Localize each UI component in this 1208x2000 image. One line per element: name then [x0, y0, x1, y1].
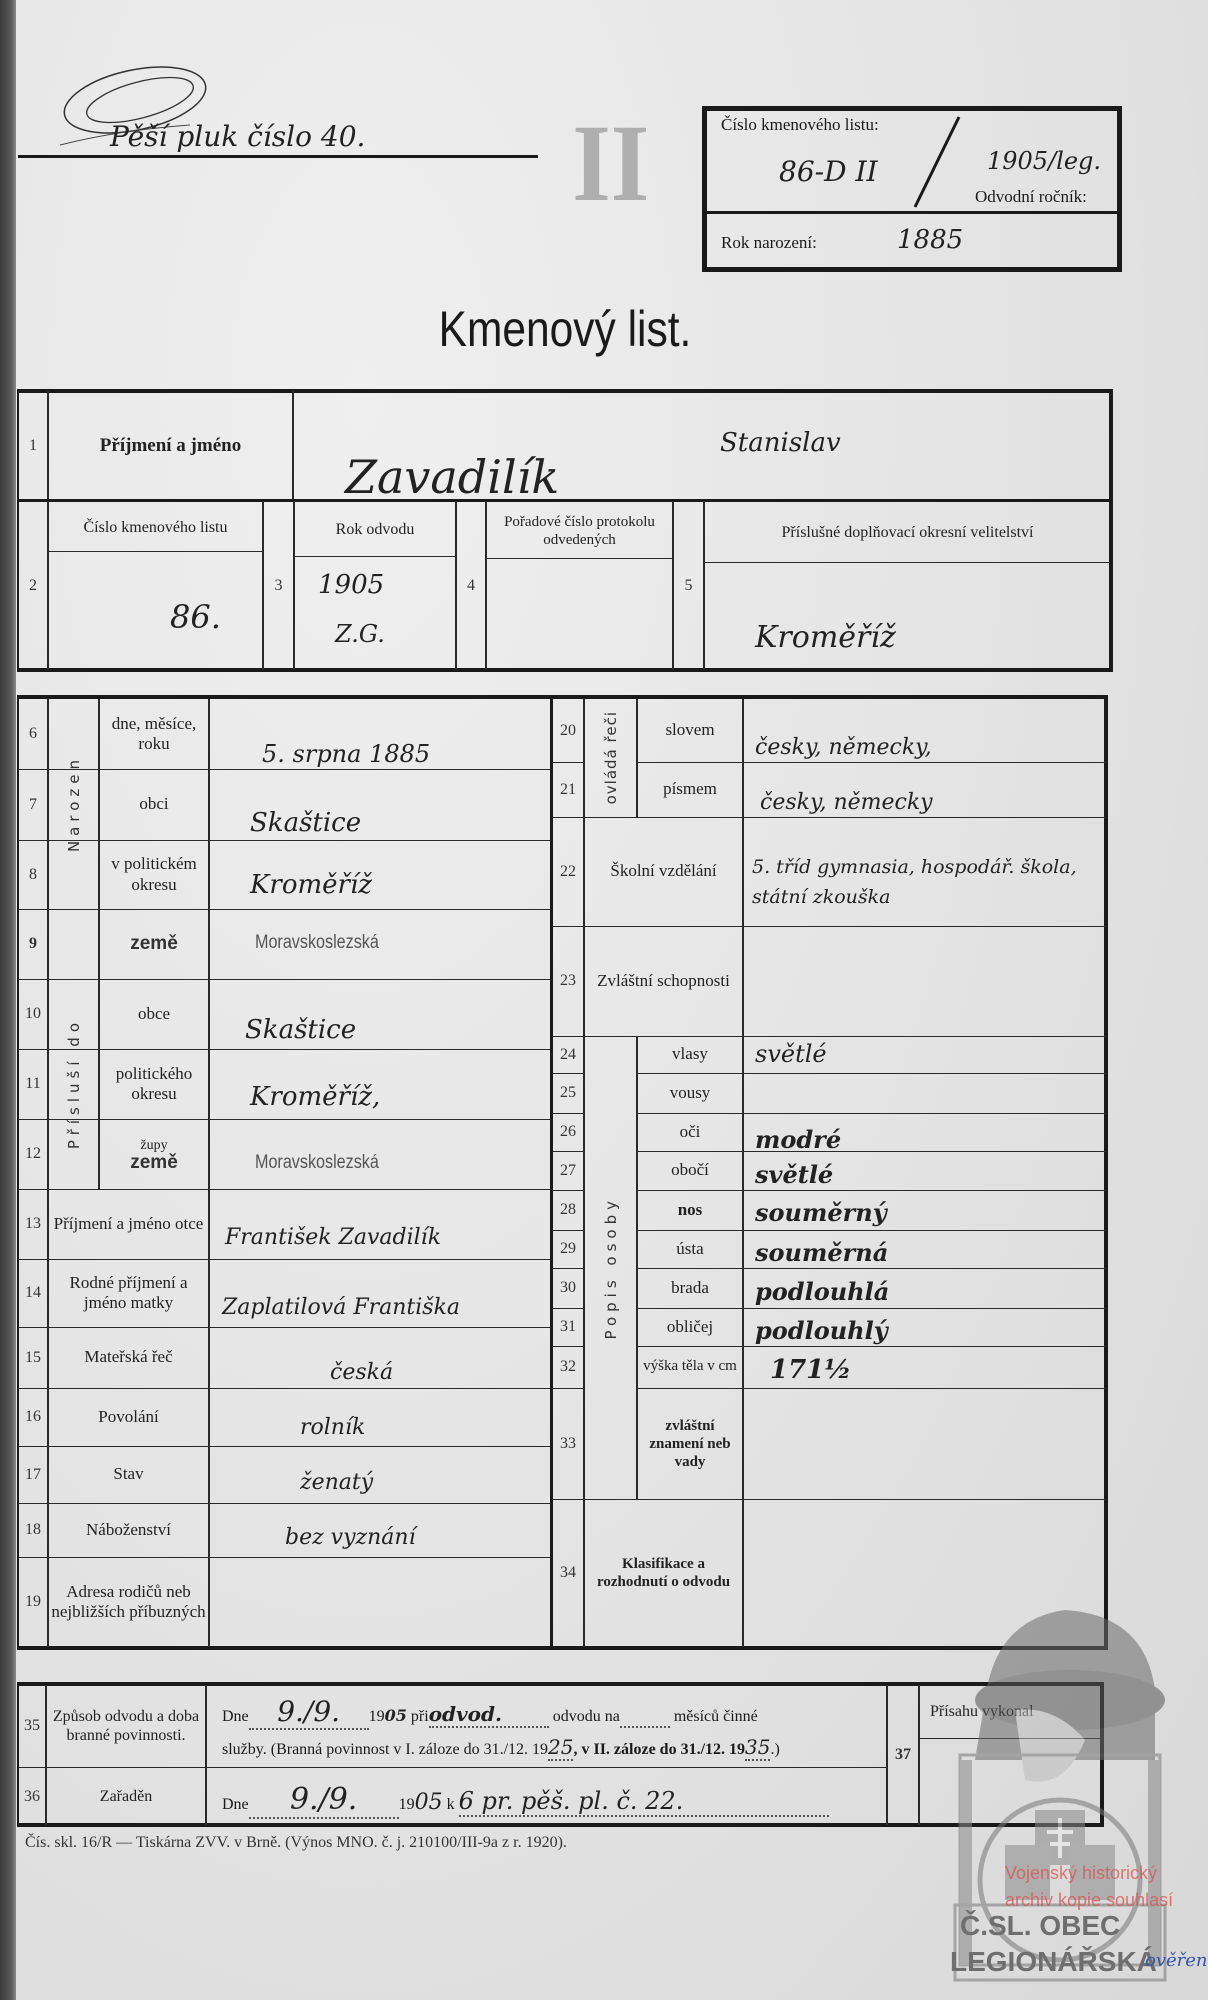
field-num-2: 2 [19, 501, 47, 670]
col-line [292, 391, 294, 501]
row-label-7: obci [100, 769, 208, 840]
row-label-31: obličej [638, 1308, 742, 1346]
row-value-14: Zaplatilová Františka [222, 1295, 460, 1320]
row-value-27: světlé [755, 1160, 833, 1189]
group-description: Popis osoby [585, 1036, 636, 1499]
row-36-line: Dne9./9.1905 k 6 pr. pěš. pl. č. 22. [222, 1782, 829, 1819]
col-line [205, 1685, 207, 1825]
surname-value: Zavadilík [345, 450, 559, 504]
row-label-34: Klasifikace a rozhodnutí o odvodu [585, 1499, 742, 1647]
row-line [19, 979, 550, 980]
row-label-30: brada [638, 1268, 742, 1308]
row-line [19, 499, 1111, 502]
row-num-13: 13 [19, 1189, 47, 1259]
field-value-5: Kroměříž [755, 620, 896, 655]
print-footer: Čís. skl. 16/R — Tiskárna ZVV. v Brně. (… [25, 1834, 567, 1852]
row-label-26: oči [638, 1113, 742, 1151]
k-label: k [447, 1796, 455, 1813]
archive-stamp: Vojenský historický archiv kopie souhlas… [1005, 1860, 1205, 1914]
group-description-label: Popis osoby [602, 1196, 620, 1340]
group-belongs-label: Přísluší do [65, 1018, 83, 1149]
row-label-8: v politickém okresu [100, 840, 208, 909]
row-num-28: 28 [553, 1190, 583, 1230]
row-label-13: Příjmení a jméno otce [49, 1189, 208, 1259]
row-label-17: Stav [49, 1446, 208, 1503]
row-num-19: 19 [19, 1557, 47, 1647]
row-label-35: Způsob odvodu a doba branné povinnosti. [47, 1685, 205, 1767]
stem-list-value: 86-D II [779, 155, 878, 188]
row-35-line2: služby. (Branná povinnost v I. záloze do… [222, 1735, 780, 1761]
row-value-30: podlouhlá [755, 1277, 889, 1306]
row-line [19, 769, 550, 770]
odvodu-na-label: odvodu na [553, 1708, 620, 1725]
row-label-14: Rodné příjmení a jméno matky [49, 1259, 208, 1327]
row-label-29: ústa [638, 1230, 742, 1268]
row-label-32: výška těla v cm [638, 1346, 742, 1388]
mesicu-label: měsíců činné [674, 1708, 758, 1725]
row-value-18: bez vyznání [285, 1525, 416, 1550]
row-num-12: 12 [19, 1119, 47, 1189]
label-name: Příjmení a jméno [49, 393, 292, 499]
assign-year-suffix: 05 [415, 1790, 443, 1815]
row-num-27: 27 [553, 1151, 583, 1190]
field-num-4: 4 [457, 501, 485, 670]
field-value-3b: Z.G. [335, 620, 385, 648]
row-value-22: 5. tříd gymnasia, hospodář. škola, státn… [752, 852, 1102, 913]
col-line [208, 699, 210, 1647]
roman-numeral-stamp: II [572, 100, 649, 227]
row-label-19: Adresa rodičů neb nejbližších příbuzných [49, 1557, 208, 1647]
row-num-17: 17 [19, 1446, 47, 1503]
field-value-2: 86. [170, 598, 221, 636]
row-label-25: vousy [638, 1073, 742, 1113]
group-belongs: Přísluší do [49, 979, 98, 1189]
row-line [19, 1049, 550, 1050]
field-value-3: 1905 [318, 570, 384, 600]
row-num-25: 25 [553, 1073, 583, 1113]
group-language-label: ovládá řeči [602, 711, 620, 804]
row-num-16: 16 [19, 1388, 47, 1446]
row-value-13: František Zavadilík [225, 1225, 441, 1250]
row-label-18: Náboženství [49, 1503, 208, 1557]
row-label-27: obočí [638, 1151, 742, 1190]
row-label-28: nos [638, 1190, 742, 1230]
row-line [295, 556, 455, 557]
row-num-34: 34 [553, 1499, 583, 1647]
group-born-label: Narozen [65, 755, 83, 852]
reserve2-text: , v II. záloze do 31./12. 19 [573, 1741, 745, 1758]
year-prefix: 19 [369, 1708, 385, 1725]
row-label-10: obce [100, 979, 208, 1049]
row-line [49, 551, 262, 552]
year-prefix: 19 [399, 1796, 415, 1813]
row-num-26: 26 [553, 1113, 583, 1151]
given-name-value: Stanislav [720, 428, 841, 458]
row-label-20: slovem [638, 699, 742, 762]
row-line [487, 558, 672, 559]
row-value-20: česky, německy, [755, 735, 932, 760]
field-label-2: Číslo kmenového listu [49, 505, 262, 551]
row-value-24: světlé [755, 1040, 827, 1068]
row-value-16: rolník [300, 1415, 365, 1440]
page-title: Kmenový list. [85, 300, 1046, 358]
row-label-11: politického okresu [100, 1049, 208, 1119]
row-num-7: 7 [19, 769, 47, 840]
row-line [19, 1119, 550, 1120]
birth-year-value: 1885 [897, 225, 963, 255]
reserve1-text: služby. (Branná povinnost v I. záloze do… [222, 1741, 548, 1758]
id-box-divider [707, 211, 1117, 214]
row-num-6: 6 [19, 699, 47, 769]
row-value-15: česká [330, 1360, 393, 1385]
row-label-12: země [100, 1152, 208, 1175]
row-num-9: 9 [19, 909, 47, 979]
row-label-36: Zařaděn [47, 1768, 205, 1825]
row-label-24: vlasy [638, 1036, 742, 1073]
row-line [19, 909, 550, 910]
row-num-23: 23 [553, 926, 583, 1036]
row-value-12-stamp: Moravskoslezská [255, 1152, 379, 1174]
row-value-28: souměrný [755, 1198, 887, 1227]
reserve2-year-value: 35 [745, 1735, 770, 1761]
row-label-21: písmem [638, 762, 742, 817]
scan-edge [0, 0, 16, 2000]
row-value-9-stamp: Moravskoslezská [255, 932, 379, 954]
row-num-32: 32 [553, 1346, 583, 1388]
row-num-35: 35 [19, 1685, 45, 1767]
row-num-21: 21 [553, 762, 583, 817]
field-label-3: Rok odvodu [295, 505, 455, 555]
row-num-33: 33 [553, 1388, 583, 1499]
dne-label: Dne [222, 1796, 249, 1813]
row-value-7: Skaštice [250, 808, 361, 838]
row-value-17: ženatý [300, 1470, 373, 1495]
row-line [19, 840, 550, 841]
row-label-15: Mateřská řeč [49, 1327, 208, 1388]
row-value-10: Skaštice [245, 1015, 356, 1045]
reserve1-year-value: 25 [548, 1735, 573, 1761]
row-num-37: 37 [888, 1685, 918, 1825]
field-num-3: 3 [264, 501, 293, 670]
draft-year-suffix: 05 [385, 1706, 407, 1725]
draft-date-value: 9./9. [249, 1695, 369, 1730]
assigned-unit-value: 6 pr. pěš. pl. č. 22. [459, 1787, 829, 1817]
row-label-23: Zvláštní schopnosti [585, 926, 742, 1036]
assign-date-value: 9./9. [249, 1782, 399, 1819]
field-num-5: 5 [674, 501, 703, 670]
pri-label: při [411, 1708, 429, 1725]
row-num-30: 30 [553, 1268, 583, 1308]
field-label-4: Pořadové číslo protokolu odvedených [487, 505, 672, 557]
emblem-line2: LEGIONÁŘSKÁ [950, 1946, 1157, 1978]
row-num-8: 8 [19, 840, 47, 909]
row-value-26: modré [755, 1125, 841, 1154]
draft-type-value: odvod. [429, 1702, 549, 1728]
blue-note: ověřeno [1145, 1950, 1208, 1971]
stem-list-label: Číslo kmenového listu: [721, 115, 879, 135]
row-num-24: 24 [553, 1036, 583, 1073]
row-num-36: 36 [19, 1768, 45, 1825]
row-value-11: Kroměříž, [250, 1082, 380, 1112]
row-35-line1: Dne9./9.1905 přiodvod. odvodu na měsíců … [222, 1695, 758, 1730]
row-value-6: 5. srpna 1885 [262, 740, 430, 768]
group-language: ovládá řeči [585, 699, 636, 817]
row-num-1: 1 [19, 393, 47, 499]
row-value-32: 171½ [770, 1355, 851, 1385]
row-label-33: zvláštní znamení neb vady [638, 1388, 742, 1499]
row-num-15: 15 [19, 1327, 47, 1388]
header-underline [18, 155, 538, 158]
draft-year-value: 1905/leg. [987, 147, 1101, 175]
row-label-6: dne, měsíce, roku [100, 699, 208, 769]
row-num-18: 18 [19, 1503, 47, 1557]
emblem-line1: Č.SL. OBEC [960, 1910, 1120, 1942]
row-num-29: 29 [553, 1230, 583, 1268]
row-num-11: 11 [19, 1049, 47, 1119]
col-line [742, 699, 744, 1647]
group-born: Narozen [49, 699, 98, 909]
reserve-close: .) [770, 1741, 779, 1758]
row-value-8: Kroměříž [250, 870, 372, 900]
row-num-14: 14 [19, 1259, 47, 1327]
row-num-10: 10 [19, 979, 47, 1049]
id-box: Číslo kmenového listu: 86-D II 1905/leg.… [702, 106, 1122, 272]
regiment-note: Pěší pluk číslo 40. [110, 120, 365, 153]
row-label-9: země [100, 909, 208, 979]
row-label-16: Povolání [49, 1388, 208, 1446]
row-value-21: česky, německy [760, 790, 933, 815]
row-num-22: 22 [553, 817, 583, 926]
row-value-31: podlouhlý [755, 1316, 888, 1345]
dne-label: Dne [222, 1708, 249, 1725]
draft-year-label: Odvodní ročník: [975, 187, 1087, 207]
row-label-22: Školní vzdělání [585, 817, 742, 926]
field-label-5: Příslušné doplňovací okresní velitelství [705, 505, 1110, 561]
row-line [705, 562, 1110, 563]
row-value-29: souměrná [755, 1238, 888, 1267]
slash-divider [907, 115, 967, 210]
row-num-20: 20 [553, 699, 583, 762]
row-num-31: 31 [553, 1308, 583, 1346]
birth-year-label: Rok narození: [721, 233, 817, 253]
